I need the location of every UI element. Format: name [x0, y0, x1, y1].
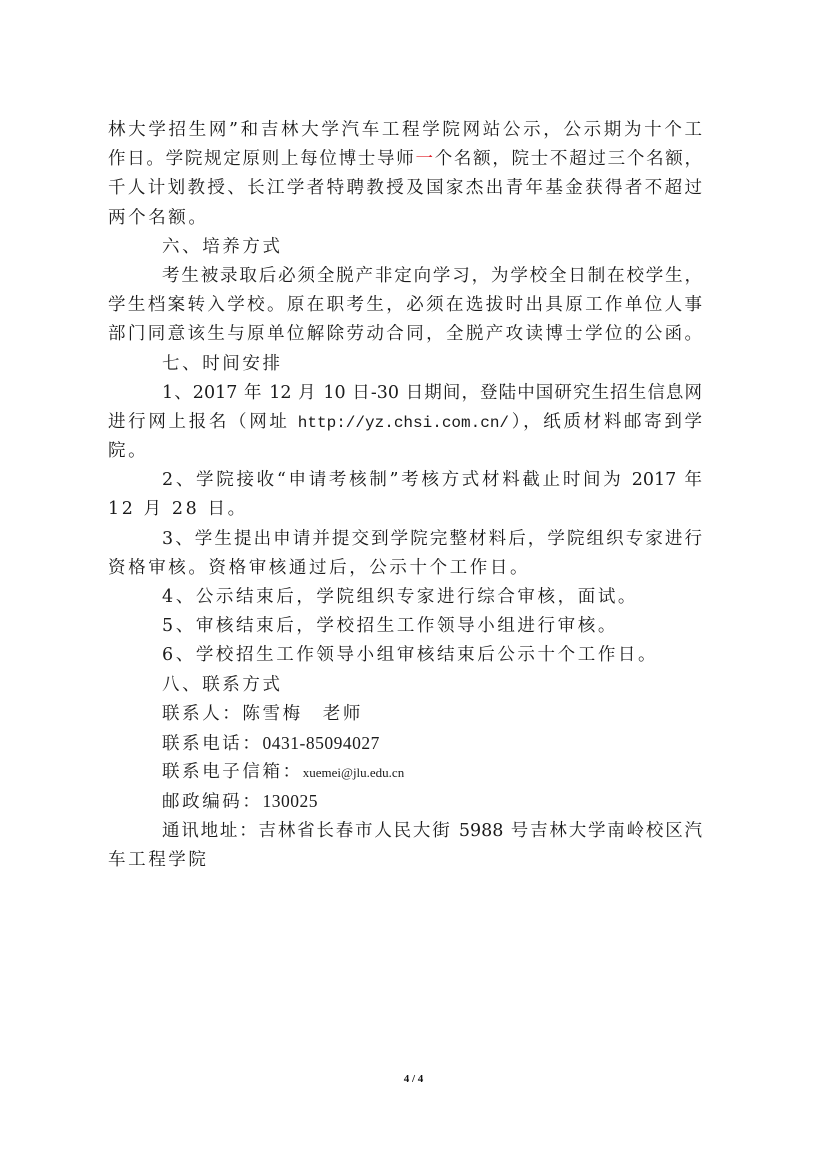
page-number: 4 / 4: [0, 1073, 827, 1085]
paragraph-line: 资格审核。资格审核通过后，公示十个工作日。: [108, 554, 702, 583]
paragraph-line: 千人计划教授、长江学者特聘教授及国家杰出青年基金获得者不超过: [108, 174, 702, 203]
schedule-item-3: 3、学生提出申请并提交到学院完整材料后，学院组织专家进行: [108, 525, 702, 554]
contact-email-label: 联系电子信箱：: [162, 762, 303, 782]
contact-postcode: 邮政编码：130025: [108, 787, 702, 816]
contact-person-value: 陈雪梅 老师: [242, 704, 363, 724]
contact-address-value: 吉林省长春市人民大街 5988 号吉林大学南岭校区汽: [259, 821, 702, 841]
paragraph-line: 两个名额。: [108, 204, 702, 233]
paragraph-line: 部门同意该生与原单位解除劳动合同，全脱产攻读博士学位的公函。: [108, 320, 702, 349]
schedule-item-4: 4、公示结束后，学院组织专家进行综合审核，面试。: [108, 583, 702, 612]
text-segment: 进行网上报名（网址: [108, 412, 298, 432]
contact-postcode-value: 130025: [263, 791, 319, 811]
contact-person: 联系人：陈雪梅 老师: [108, 700, 702, 729]
paragraph-line: 考生被录取后必须全脱产非定向学习，为学校全日制在校学生，: [108, 262, 702, 291]
contact-email: 联系电子信箱：xuemei@jlu.edu.cn: [108, 758, 702, 787]
contact-email-value[interactable]: xuemei@jlu.edu.cn: [303, 765, 405, 780]
contact-phone: 联系电话：0431-85094027: [108, 729, 702, 758]
highlighted-text: 一: [415, 149, 434, 169]
text-segment: 作日。学院规定原则上每位博士导师: [108, 149, 415, 169]
document-page: 林大学招生网”和吉林大学汽车工程学院网站公示，公示期为十个工 作日。学院规定原则…: [0, 0, 827, 1169]
contact-address-label: 通讯地址：: [162, 821, 259, 841]
schedule-item-1: 1、2017 年 12 月 10 日-30 日期间，登陆中国研究生招生信息网: [108, 379, 702, 408]
document-body: 林大学招生网”和吉林大学汽车工程学院网站公示，公示期为十个工 作日。学院规定原则…: [108, 116, 702, 875]
contact-address: 通讯地址：吉林省长春市人民大街 5988 号吉林大学南岭校区汽: [108, 817, 702, 846]
section-heading-contact: 八、联系方式: [108, 671, 702, 700]
contact-person-label: 联系人：: [162, 704, 242, 724]
contact-phone-label: 联系电话：: [162, 734, 263, 754]
schedule-item-2: 2、学院接收“申请考核制”考核方式材料截止时间为 2017 年: [108, 466, 702, 495]
website-link[interactable]: http://yz.chsi.com.cn/: [298, 414, 509, 432]
section-heading-schedule: 七、时间安排: [108, 350, 702, 379]
contact-address-continued: 车工程学院: [108, 846, 702, 875]
contact-phone-value: 0431-85094027: [263, 733, 380, 753]
paragraph-line: 学生档案转入学校。原在职考生，必须在选拔时出具原工作单位人事: [108, 291, 702, 320]
text-segment: 个名额，院士不超过三个名额，: [435, 149, 702, 169]
paragraph-line: 作日。学院规定原则上每位博士导师一个名额，院士不超过三个名额，: [108, 145, 702, 174]
paragraph-line: 12 月 28 日。: [108, 495, 702, 524]
paragraph-line: 院。: [108, 437, 702, 466]
section-heading-training: 六、培养方式: [108, 233, 702, 262]
paragraph-line: 林大学招生网”和吉林大学汽车工程学院网站公示，公示期为十个工: [108, 116, 702, 145]
paragraph-line: 进行网上报名（网址 http://yz.chsi.com.cn/），纸质材料邮寄…: [108, 408, 702, 437]
text-segment: ），纸质材料邮寄到学: [509, 412, 702, 432]
schedule-item-6: 6、学校招生工作领导小组审核结束后公示十个工作日。: [108, 641, 702, 670]
contact-postcode-label: 邮政编码：: [162, 792, 263, 812]
schedule-item-5: 5、审核结束后，学校招生工作领导小组进行审核。: [108, 612, 702, 641]
